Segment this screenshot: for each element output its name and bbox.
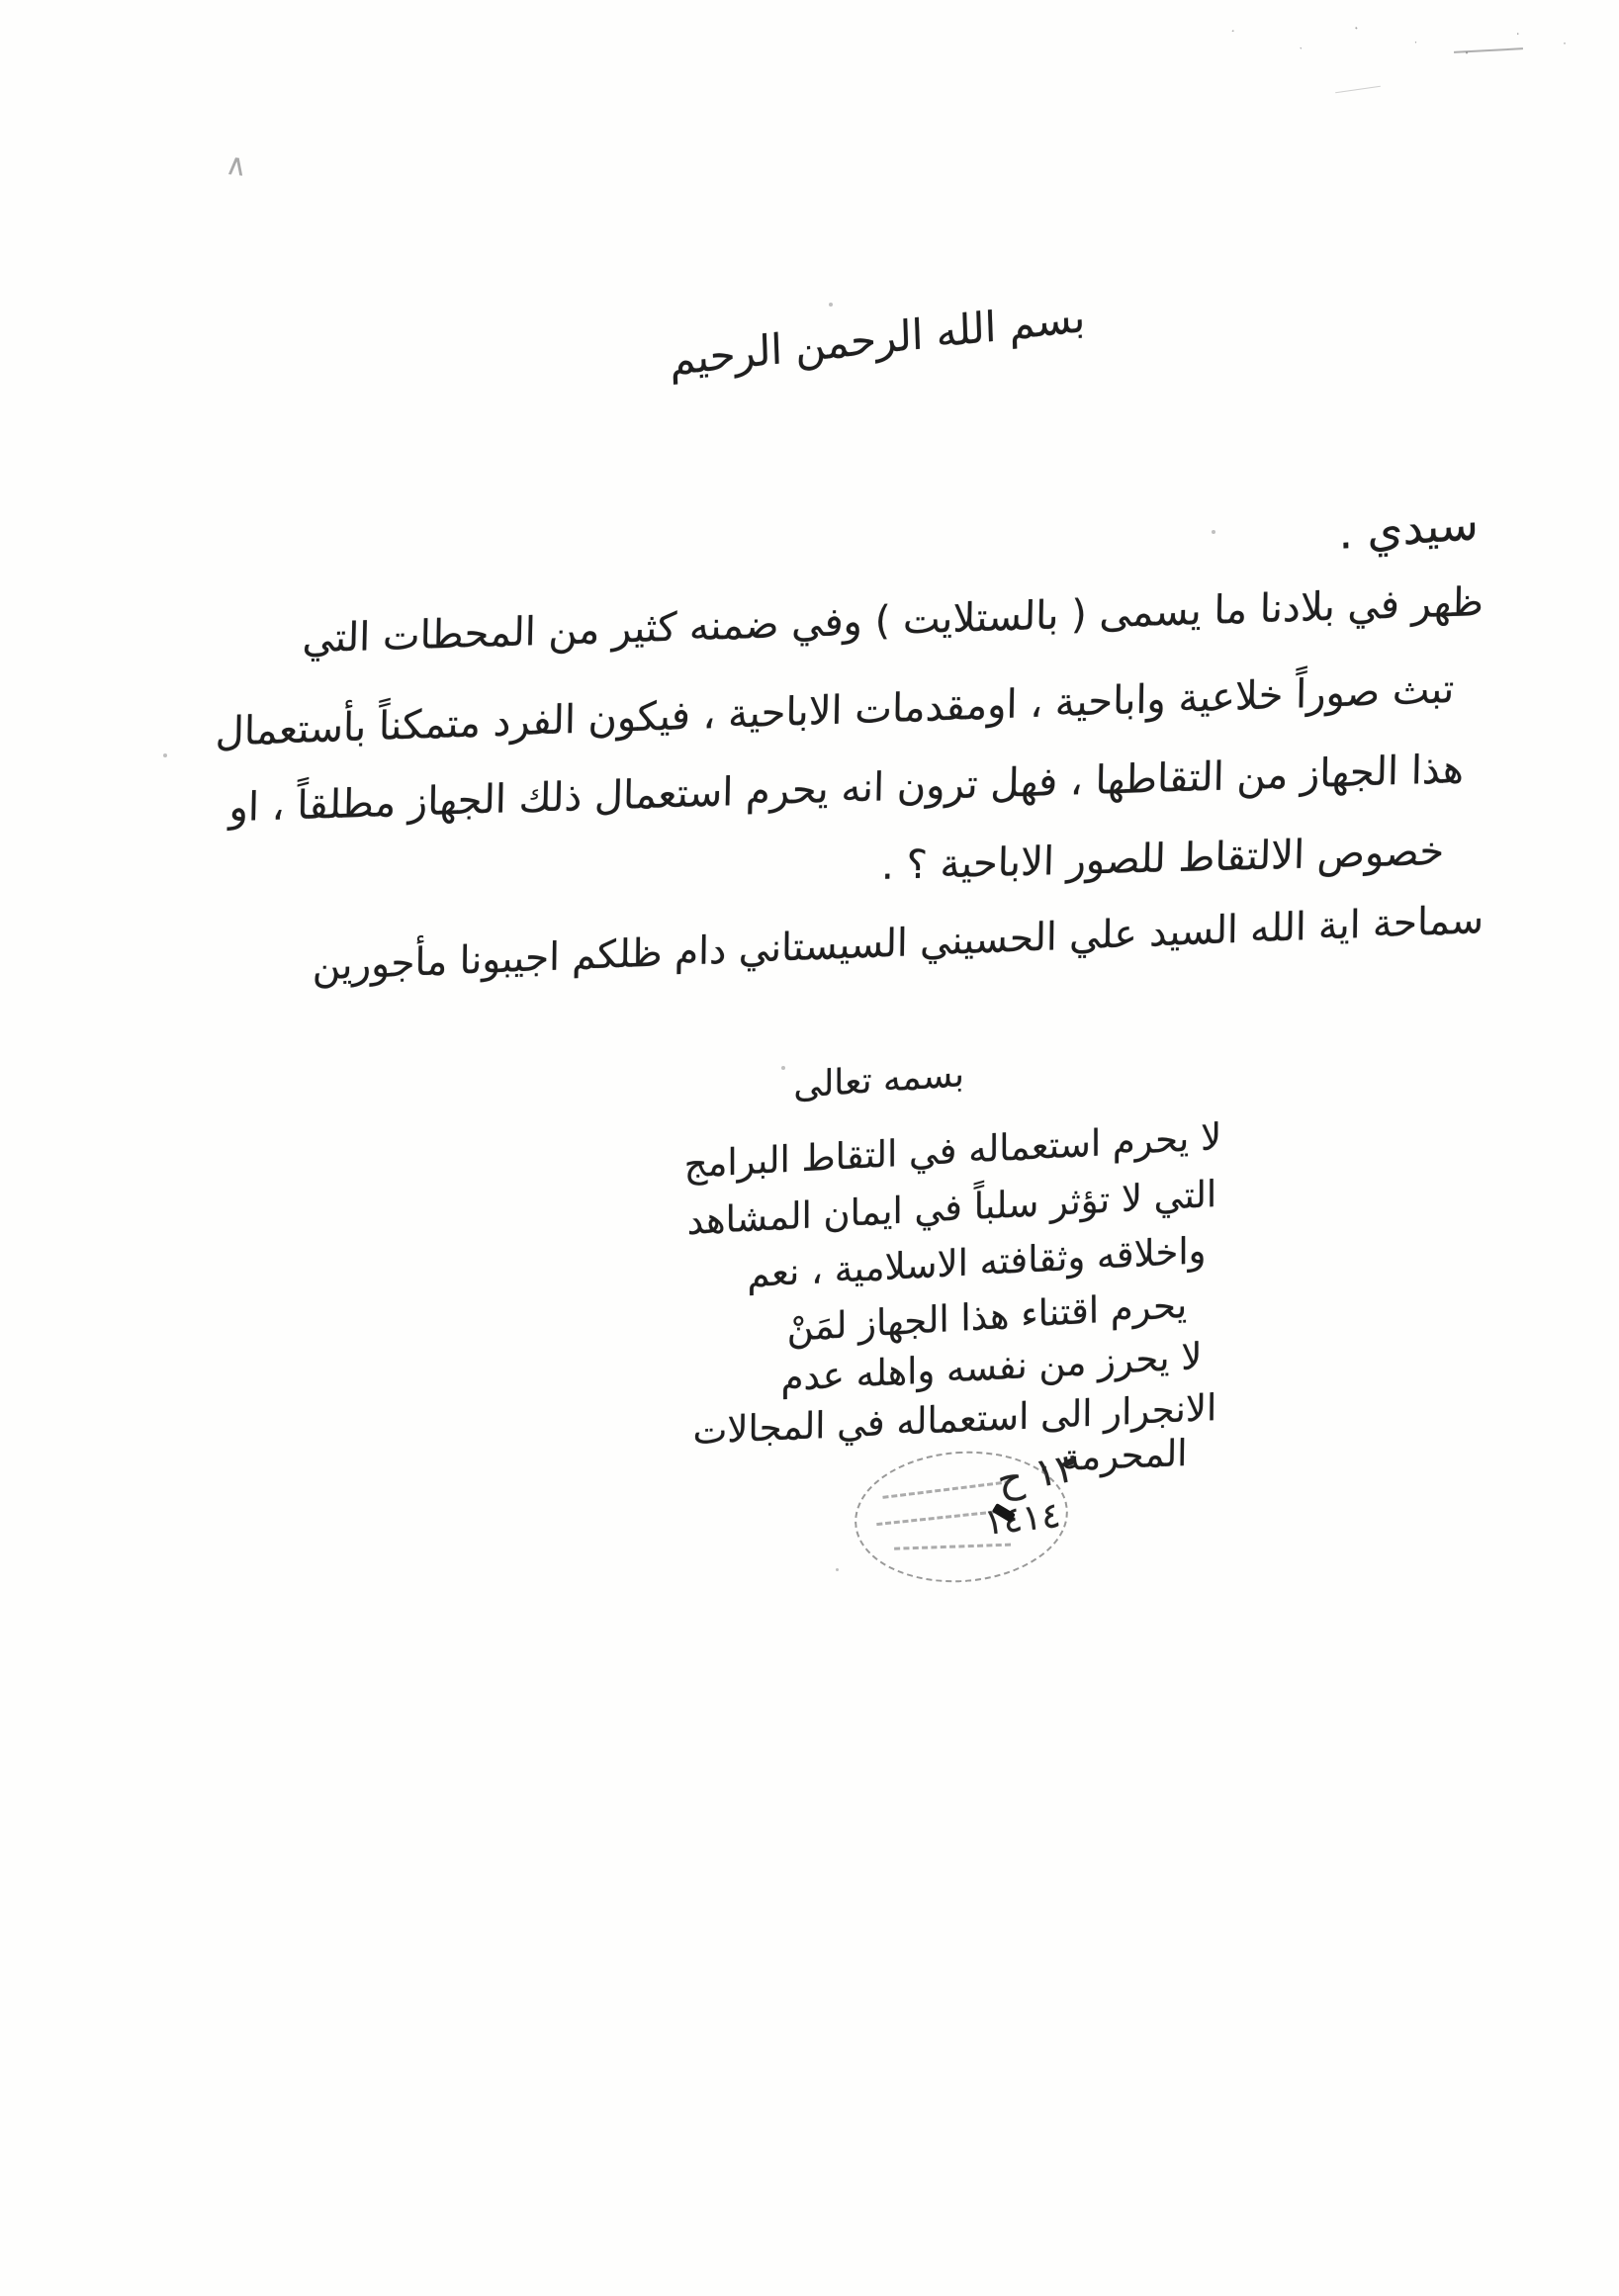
scan-speck: [781, 1066, 785, 1070]
stamp-scribble: [894, 1544, 1011, 1550]
margin-caret-mark: ∧: [224, 147, 249, 184]
scan-streak: [1335, 86, 1381, 93]
answer-line-1: لا يحرم استعماله في التقاط البرامج: [684, 1115, 1221, 1187]
basmala-text: بسم الله الرحمن الرحيم: [669, 293, 1086, 385]
scan-speck: [836, 1568, 839, 1571]
salutation-text: سيدي .: [1338, 496, 1479, 560]
addressee-line: سماحة اية الله السيد علي الحسيني السيستا…: [313, 898, 1484, 990]
answer-heading: بسمه تعالى: [793, 1054, 964, 1106]
scanned-letter-page: ∧ بسم الله الرحمن الرحيم سيدي . ظهر في ب…: [0, 0, 1619, 2296]
scan-speckles: [1182, 8, 1607, 65]
question-line-2: تبث صوراً خلاعية واباحية ، اومقدمات الاب…: [215, 666, 1454, 755]
question-line-3: هذا الجهاز من التقاطها ، فهل ترون انه يح…: [228, 747, 1464, 831]
question-line-1: ظهر في بلادنا ما يسمى ( بالستلايت ) وفي …: [302, 579, 1484, 662]
scan-speck: [1212, 530, 1215, 534]
question-line-4: خصوص الالتقاط للصور الاباحية ؟ .: [880, 829, 1444, 889]
scan-speck: [829, 303, 833, 307]
stamp-ink-blob: [992, 1503, 1016, 1523]
scan-speck: [163, 753, 167, 757]
stamp-scribble: [882, 1480, 1010, 1499]
stamp-scribble: [876, 1511, 995, 1527]
